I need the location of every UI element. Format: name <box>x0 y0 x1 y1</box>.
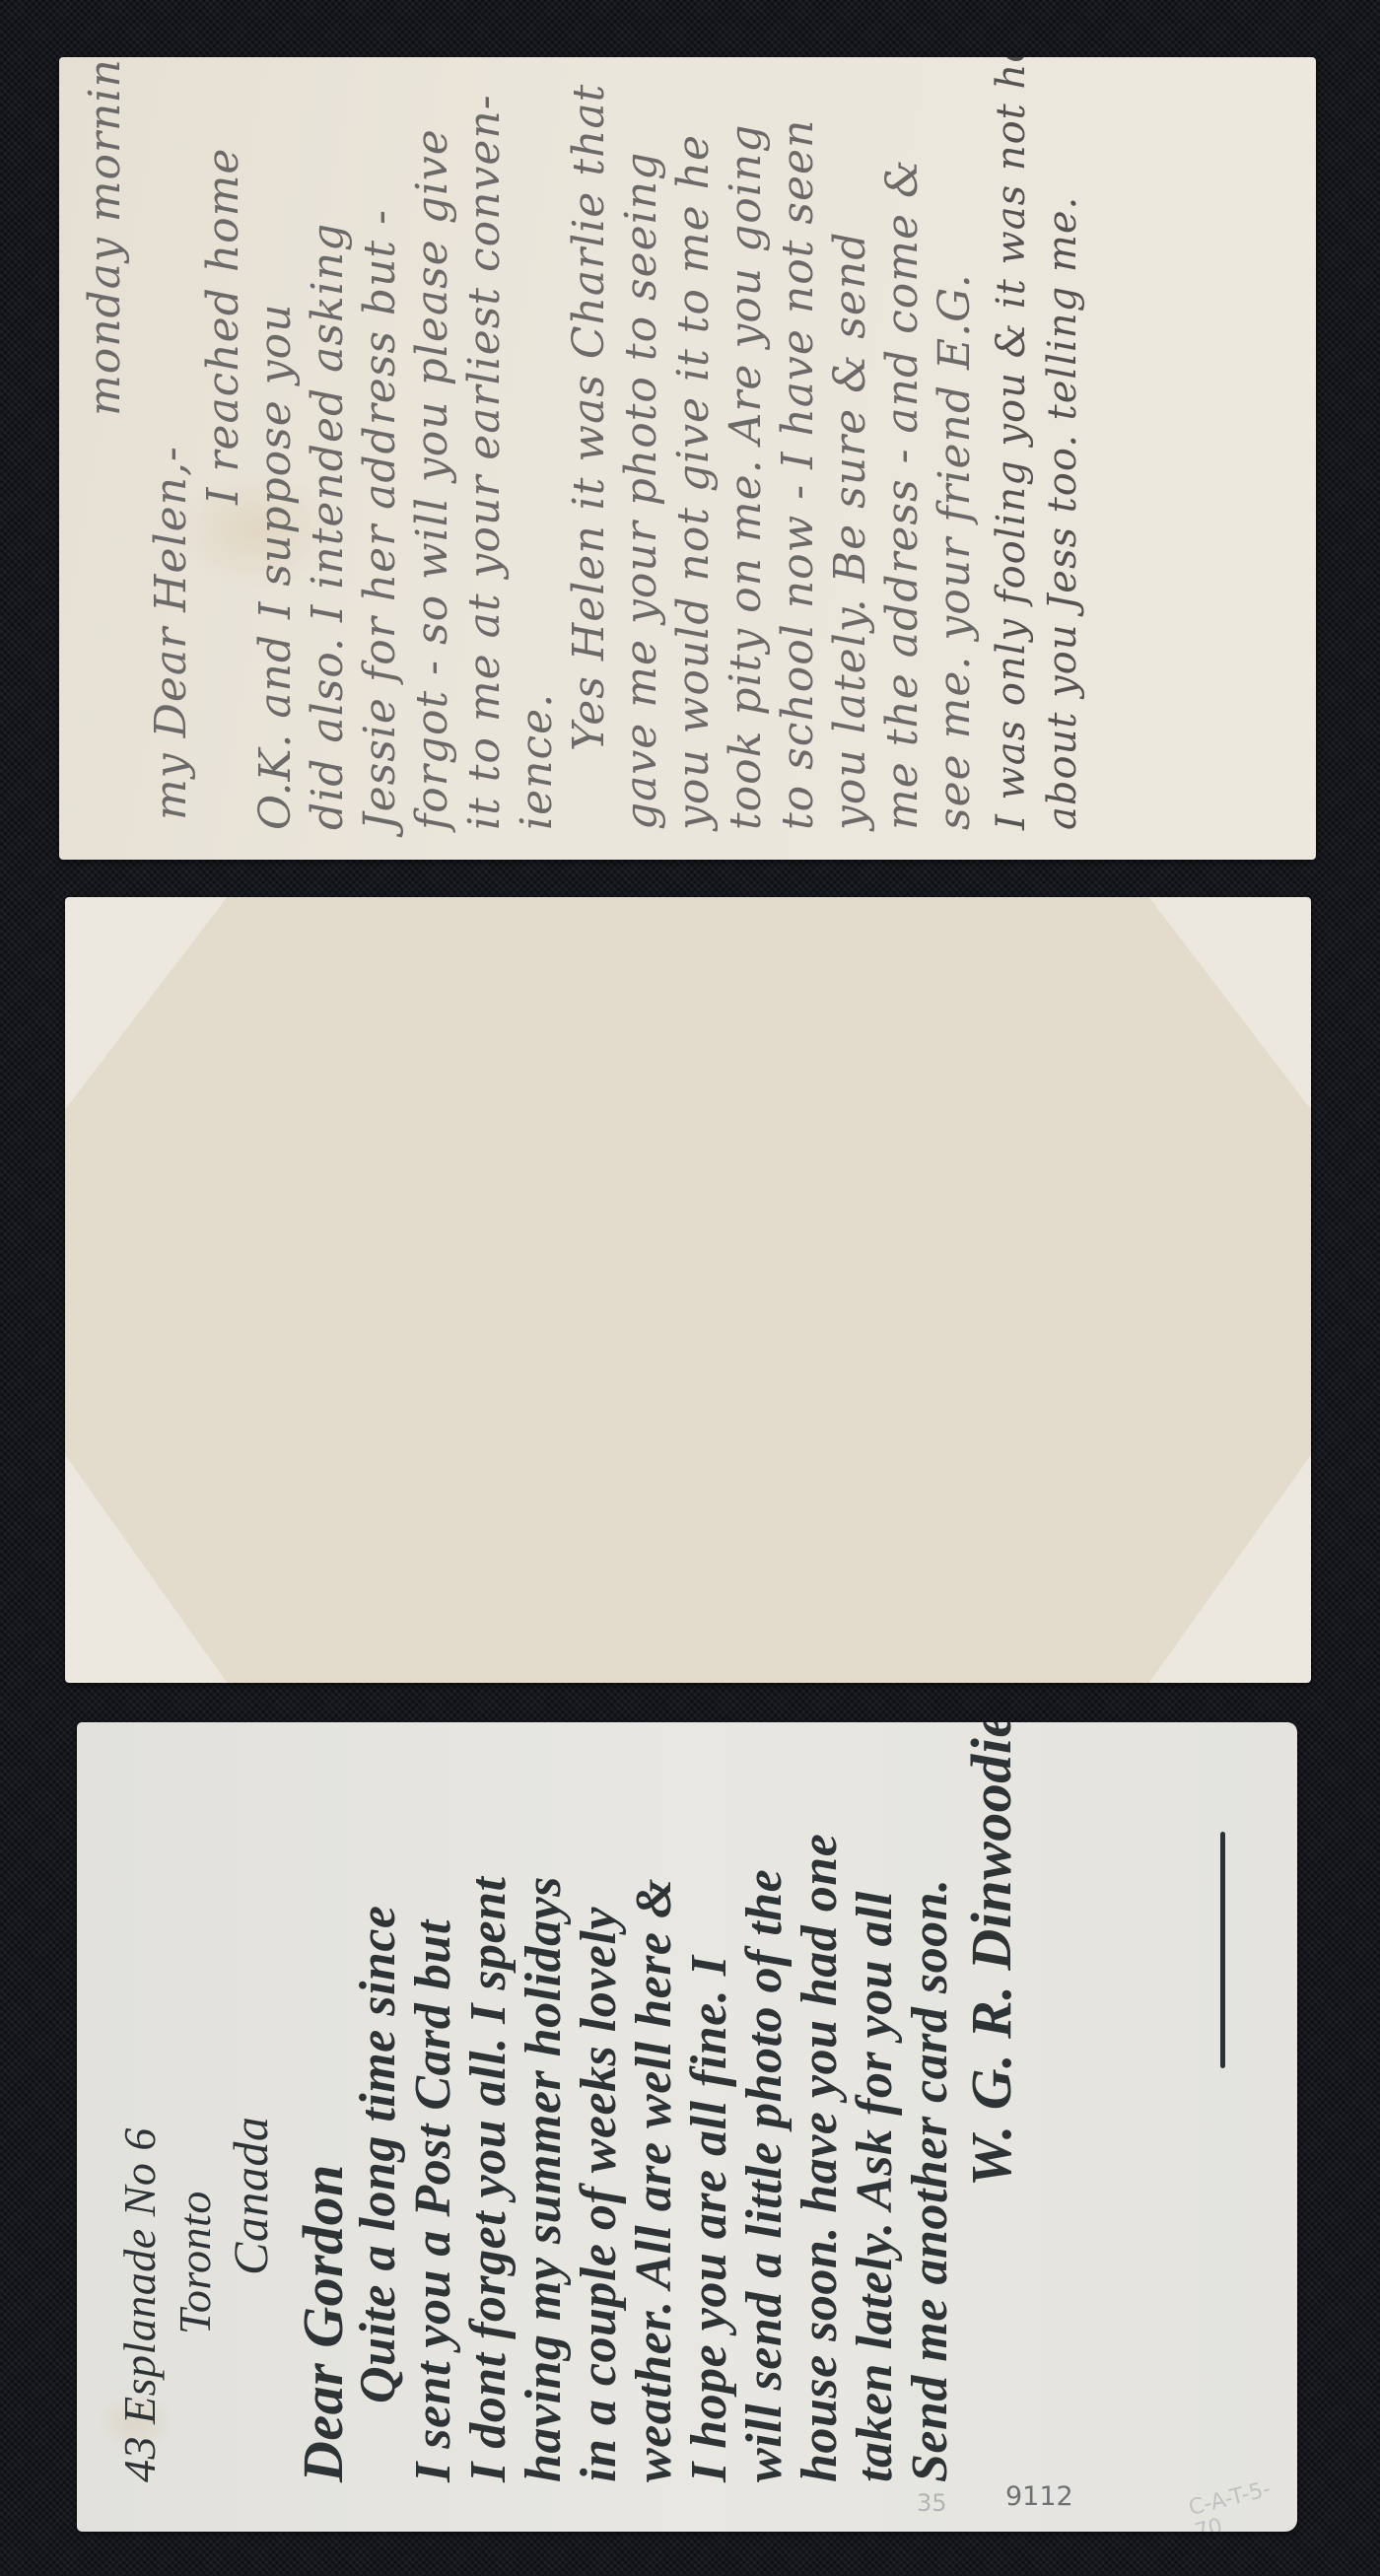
letter-line: Yes Helen it was Charlie that <box>563 71 615 860</box>
letter-line: it to me at your earliest conven- <box>458 71 511 860</box>
signature: W. G. R. Dinwoodie <box>964 1723 1019 2482</box>
letter-line: Jessie for her address but - <box>354 71 406 860</box>
letter-line: gave me your photo to seeing <box>615 71 667 860</box>
letter-text: 43 Esplanade No 6 Toronto Canada Dear Go… <box>112 1723 1019 2482</box>
letter-line: taken lately. Ask for you all <box>848 1723 903 2482</box>
letter-text: monday morning my Dear Helen,- I reached… <box>79 71 1083 860</box>
signature-underline <box>1220 1832 1225 2068</box>
rotated-writing: 43 Esplanade No 6 Toronto Canada Dear Go… <box>77 1722 1297 2532</box>
letter-line: in a couple of weeks lovely <box>572 1723 627 2482</box>
letter-postscript: about you Jess too. telling me. <box>1042 71 1083 860</box>
letter-line: ience. <box>511 71 563 860</box>
octagon-tone-mark <box>65 897 1311 1683</box>
letter-line: house soon. have you had one <box>793 1723 848 2482</box>
letter-line: see me. your friend E.G. <box>929 71 981 860</box>
letter-line: I sent you a Post Card but <box>406 1723 461 2482</box>
address-line: 43 Esplanade No 6 <box>112 1723 168 2482</box>
letter-line: O.K. and I suppose you <box>249 71 302 860</box>
letter-line: I hope you are all fine. I <box>682 1723 737 2482</box>
letter-postscript: I was only fooling you & it was not he <box>991 71 1032 860</box>
postcard-pencil-letter: monday morning my Dear Helen,- I reached… <box>59 57 1316 860</box>
postcard-ink-letter: 43 Esplanade No 6 Toronto Canada Dear Go… <box>77 1722 1297 2532</box>
letter-line: took pity on me. Are you going <box>720 71 772 860</box>
letter-line: to school now - I have not seen <box>772 71 824 860</box>
postcard-blank <box>65 897 1311 1683</box>
letter-line: Send me another card soon. <box>903 1723 958 2482</box>
letter-line: you lately. Be sure & send <box>824 71 876 860</box>
letter-line: will send a little photo of the <box>737 1723 793 2482</box>
letter-line: Quite a long time since <box>351 1723 406 2482</box>
pencil-mark: 35 <box>917 2489 947 2517</box>
letter-line: me the address - and come & <box>876 71 929 860</box>
letter-line: weather. All are well here & <box>627 1723 682 2482</box>
pencil-mark: 9112 <box>1005 2481 1073 2512</box>
letter-heading: monday morning <box>79 71 131 860</box>
letter-line: you would not give it to me he <box>667 71 720 860</box>
letter-line: having my summer holidays <box>517 1723 572 2482</box>
letter-line: I reached home <box>197 71 249 860</box>
address-line: Toronto <box>168 1723 223 2482</box>
rotated-writing: monday morning my Dear Helen,- I reached… <box>59 57 1316 860</box>
letter-salutation: my Dear Helen,- <box>145 71 197 860</box>
address-line: Canada <box>223 1723 278 2482</box>
letter-line: I dont forget you all. I spent <box>461 1723 517 2482</box>
letter-salutation: Dear Gordon <box>296 1723 351 2482</box>
letter-line: forgot - so will you please give <box>406 71 458 860</box>
letter-line: did also. I intended asking <box>302 71 354 860</box>
